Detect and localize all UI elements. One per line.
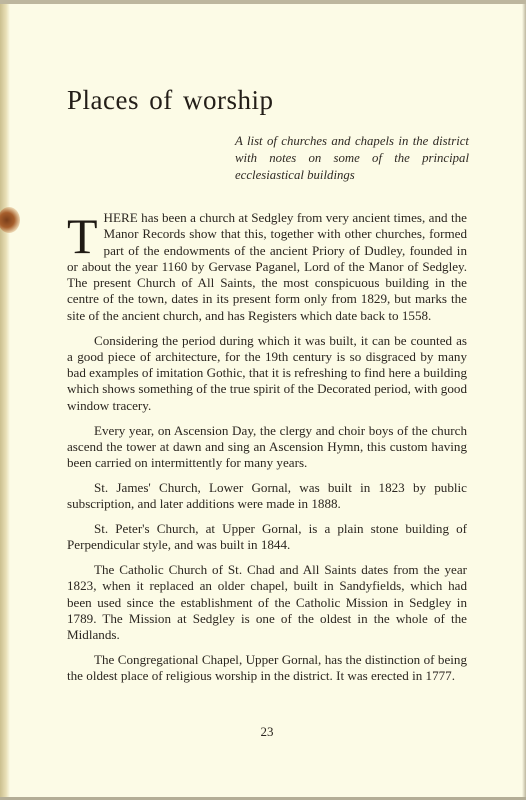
- drop-cap: T: [67, 214, 98, 256]
- page-number: 23: [67, 724, 467, 740]
- page-edge: [522, 4, 526, 797]
- foxing-stain: [0, 207, 20, 233]
- body-text: THERE has been a church at Sedgley from …: [67, 210, 467, 693]
- paragraph-5: St. Peter's Church, at Upper Gornal, is …: [67, 521, 467, 554]
- paragraph-2: Considering the period during which it w…: [67, 333, 467, 414]
- paragraph-7: The Congregational Chapel, Upper Gornal,…: [67, 652, 467, 685]
- chapter-subtitle: A list of churches and chapels in the di…: [235, 133, 469, 184]
- paragraph-6: The Catholic Church of St. Chad and All …: [67, 562, 467, 643]
- spine-shadow: [0, 4, 10, 797]
- paragraph-3: Every year, on Ascension Day, the clergy…: [67, 423, 467, 472]
- paragraph-4: St. James' Church, Lower Gornal, was bui…: [67, 480, 467, 513]
- page-title: Places of worship: [67, 85, 273, 116]
- paragraph-1-text: HERE has been a church at Sedgley from v…: [67, 210, 467, 323]
- paragraph-1: THERE has been a church at Sedgley from …: [67, 210, 467, 324]
- book-page: Places of worship A list of churches and…: [0, 0, 526, 800]
